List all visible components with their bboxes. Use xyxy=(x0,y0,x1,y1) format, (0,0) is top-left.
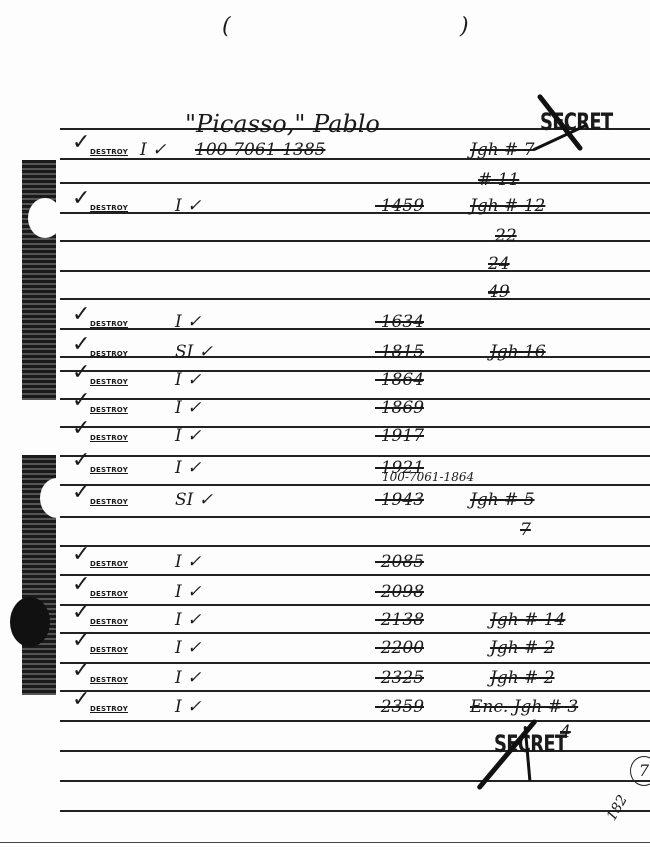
ruled-line xyxy=(60,690,650,692)
entry-number: -1815 xyxy=(375,342,424,362)
entry-type: I ✓ xyxy=(140,140,166,160)
document-title: "Picasso," Pablo xyxy=(185,110,380,138)
ruled-line xyxy=(60,398,650,400)
ruled-line xyxy=(60,182,650,184)
checkmark-icon: ✓ xyxy=(72,572,90,597)
scanned-page: ( ) "Picasso," Pablo SECRET ✓DESTROYI ✓1… xyxy=(0,0,650,850)
entry-type: I ✓ xyxy=(175,312,201,332)
entry-note: Jgh 16 xyxy=(490,342,546,362)
destroy-stamp: DESTROY xyxy=(90,676,128,684)
entry-type: I ✓ xyxy=(175,552,201,572)
entry-type: I ✓ xyxy=(175,668,201,688)
entry-note: Jgh # 2 xyxy=(490,668,555,688)
ruled-line xyxy=(60,356,650,358)
entry-number: -1917 xyxy=(375,426,424,446)
checkmark-icon: ✓ xyxy=(72,658,90,683)
destroy-stamp: DESTROY xyxy=(90,618,128,626)
entry-number: 100-7061-1385 xyxy=(195,140,325,160)
entry-note: Jgh # 7 xyxy=(470,140,535,160)
entry-note: # 11 xyxy=(478,170,519,190)
ruled-line xyxy=(60,455,650,457)
entry-note: 100-7061-1864 xyxy=(382,470,474,484)
ruled-line xyxy=(60,780,650,782)
binder-strip-top xyxy=(22,160,56,400)
checkmark-icon: ✓ xyxy=(72,687,90,712)
checkmark-icon: ✓ xyxy=(72,186,90,211)
entry-number: -1459 xyxy=(375,196,424,216)
entry-note: Jgh # 12 xyxy=(470,196,545,216)
entry-type: I ✓ xyxy=(175,426,201,446)
destroy-stamp: DESTROY xyxy=(90,466,128,474)
header-mark-left: ( xyxy=(222,14,231,39)
entry-number: -1634 xyxy=(375,312,424,332)
header-mark-right: ) xyxy=(460,14,469,39)
checkmark-icon: ✓ xyxy=(72,600,90,625)
ruled-line xyxy=(60,426,650,428)
ruled-line xyxy=(60,212,650,214)
punch-hole-shadow xyxy=(10,597,50,647)
checkmark-icon: ✓ xyxy=(72,360,90,385)
ruled-line xyxy=(60,632,650,634)
destroy-stamp: DESTROY xyxy=(90,705,128,713)
destroy-stamp: DESTROY xyxy=(90,350,128,358)
entry-number: -1943 xyxy=(375,490,424,510)
ruled-line xyxy=(60,545,650,547)
destroy-stamp: DESTROY xyxy=(90,378,128,386)
entry-type: I ✓ xyxy=(175,582,201,602)
entry-type: I ✓ xyxy=(175,196,201,216)
entry-number: -2200 xyxy=(375,638,424,658)
destroy-stamp: DESTROY xyxy=(90,498,128,506)
entry-type: I ✓ xyxy=(175,638,201,658)
ruled-line xyxy=(60,574,650,576)
entry-type: I ✓ xyxy=(175,610,201,630)
entry-number: -2098 xyxy=(375,582,424,602)
entry-type: I ✓ xyxy=(175,398,201,418)
destroy-stamp: DESTROY xyxy=(90,204,128,212)
entry-note: Jgh # 5 xyxy=(470,490,535,510)
entry-note: 24 xyxy=(488,254,510,274)
destroy-stamp: DESTROY xyxy=(90,320,128,328)
entry-type: I ✓ xyxy=(175,370,201,390)
checkmark-icon: ✓ xyxy=(72,388,90,413)
destroy-stamp: DESTROY xyxy=(90,406,128,414)
ruled-line xyxy=(60,604,650,606)
destroy-stamp: DESTROY xyxy=(90,646,128,654)
ruled-line xyxy=(60,328,650,330)
ruled-line xyxy=(60,810,650,812)
entry-type: I ✓ xyxy=(175,697,201,717)
ruled-line xyxy=(60,270,650,272)
entry-note: Jgh # 14 xyxy=(490,610,565,630)
entry-number: -2359 xyxy=(375,697,424,717)
entry-number: -2085 xyxy=(375,552,424,572)
checkmark-icon: ✓ xyxy=(72,332,90,357)
entry-type: I ✓ xyxy=(175,458,201,478)
entry-note: 49 xyxy=(488,282,510,302)
checkmark-icon: ✓ xyxy=(72,628,90,653)
checkmark-icon: ✓ xyxy=(72,542,90,567)
entry-number: -1864 xyxy=(375,370,424,390)
entry-type: SI ✓ xyxy=(175,490,213,510)
punch-hole xyxy=(28,198,62,238)
checkmark-icon: ✓ xyxy=(72,480,90,505)
ruled-line xyxy=(60,484,650,486)
ruled-line xyxy=(60,240,650,242)
checkmark-icon: ✓ xyxy=(72,448,90,473)
entry-note: 22 xyxy=(495,226,517,246)
ruled-line xyxy=(60,370,650,372)
destroy-stamp: DESTROY xyxy=(90,434,128,442)
entry-note: 7 xyxy=(520,520,531,540)
entry-note: Jgh # 2 xyxy=(490,638,555,658)
ruled-line xyxy=(60,662,650,664)
circled-page-number: 7 xyxy=(630,756,650,786)
destroy-stamp: DESTROY xyxy=(90,148,128,156)
entry-number: -1869 xyxy=(375,398,424,418)
entry-note: Enc. Jgh # 3 xyxy=(470,697,578,717)
page-bottom-edge xyxy=(0,842,650,843)
checkmark-icon: ✓ xyxy=(72,302,90,327)
entry-number: -2325 xyxy=(375,668,424,688)
entry-type: SI ✓ xyxy=(175,342,213,362)
checkmark-icon: ✓ xyxy=(72,416,90,441)
destroy-stamp: DESTROY xyxy=(90,590,128,598)
checkmark-icon: ✓ xyxy=(72,130,90,155)
entry-number: -2138 xyxy=(375,610,424,630)
ruled-line xyxy=(60,516,650,518)
ruled-line xyxy=(60,298,650,300)
destroy-stamp: DESTROY xyxy=(90,560,128,568)
page-number: 182 xyxy=(604,792,631,823)
